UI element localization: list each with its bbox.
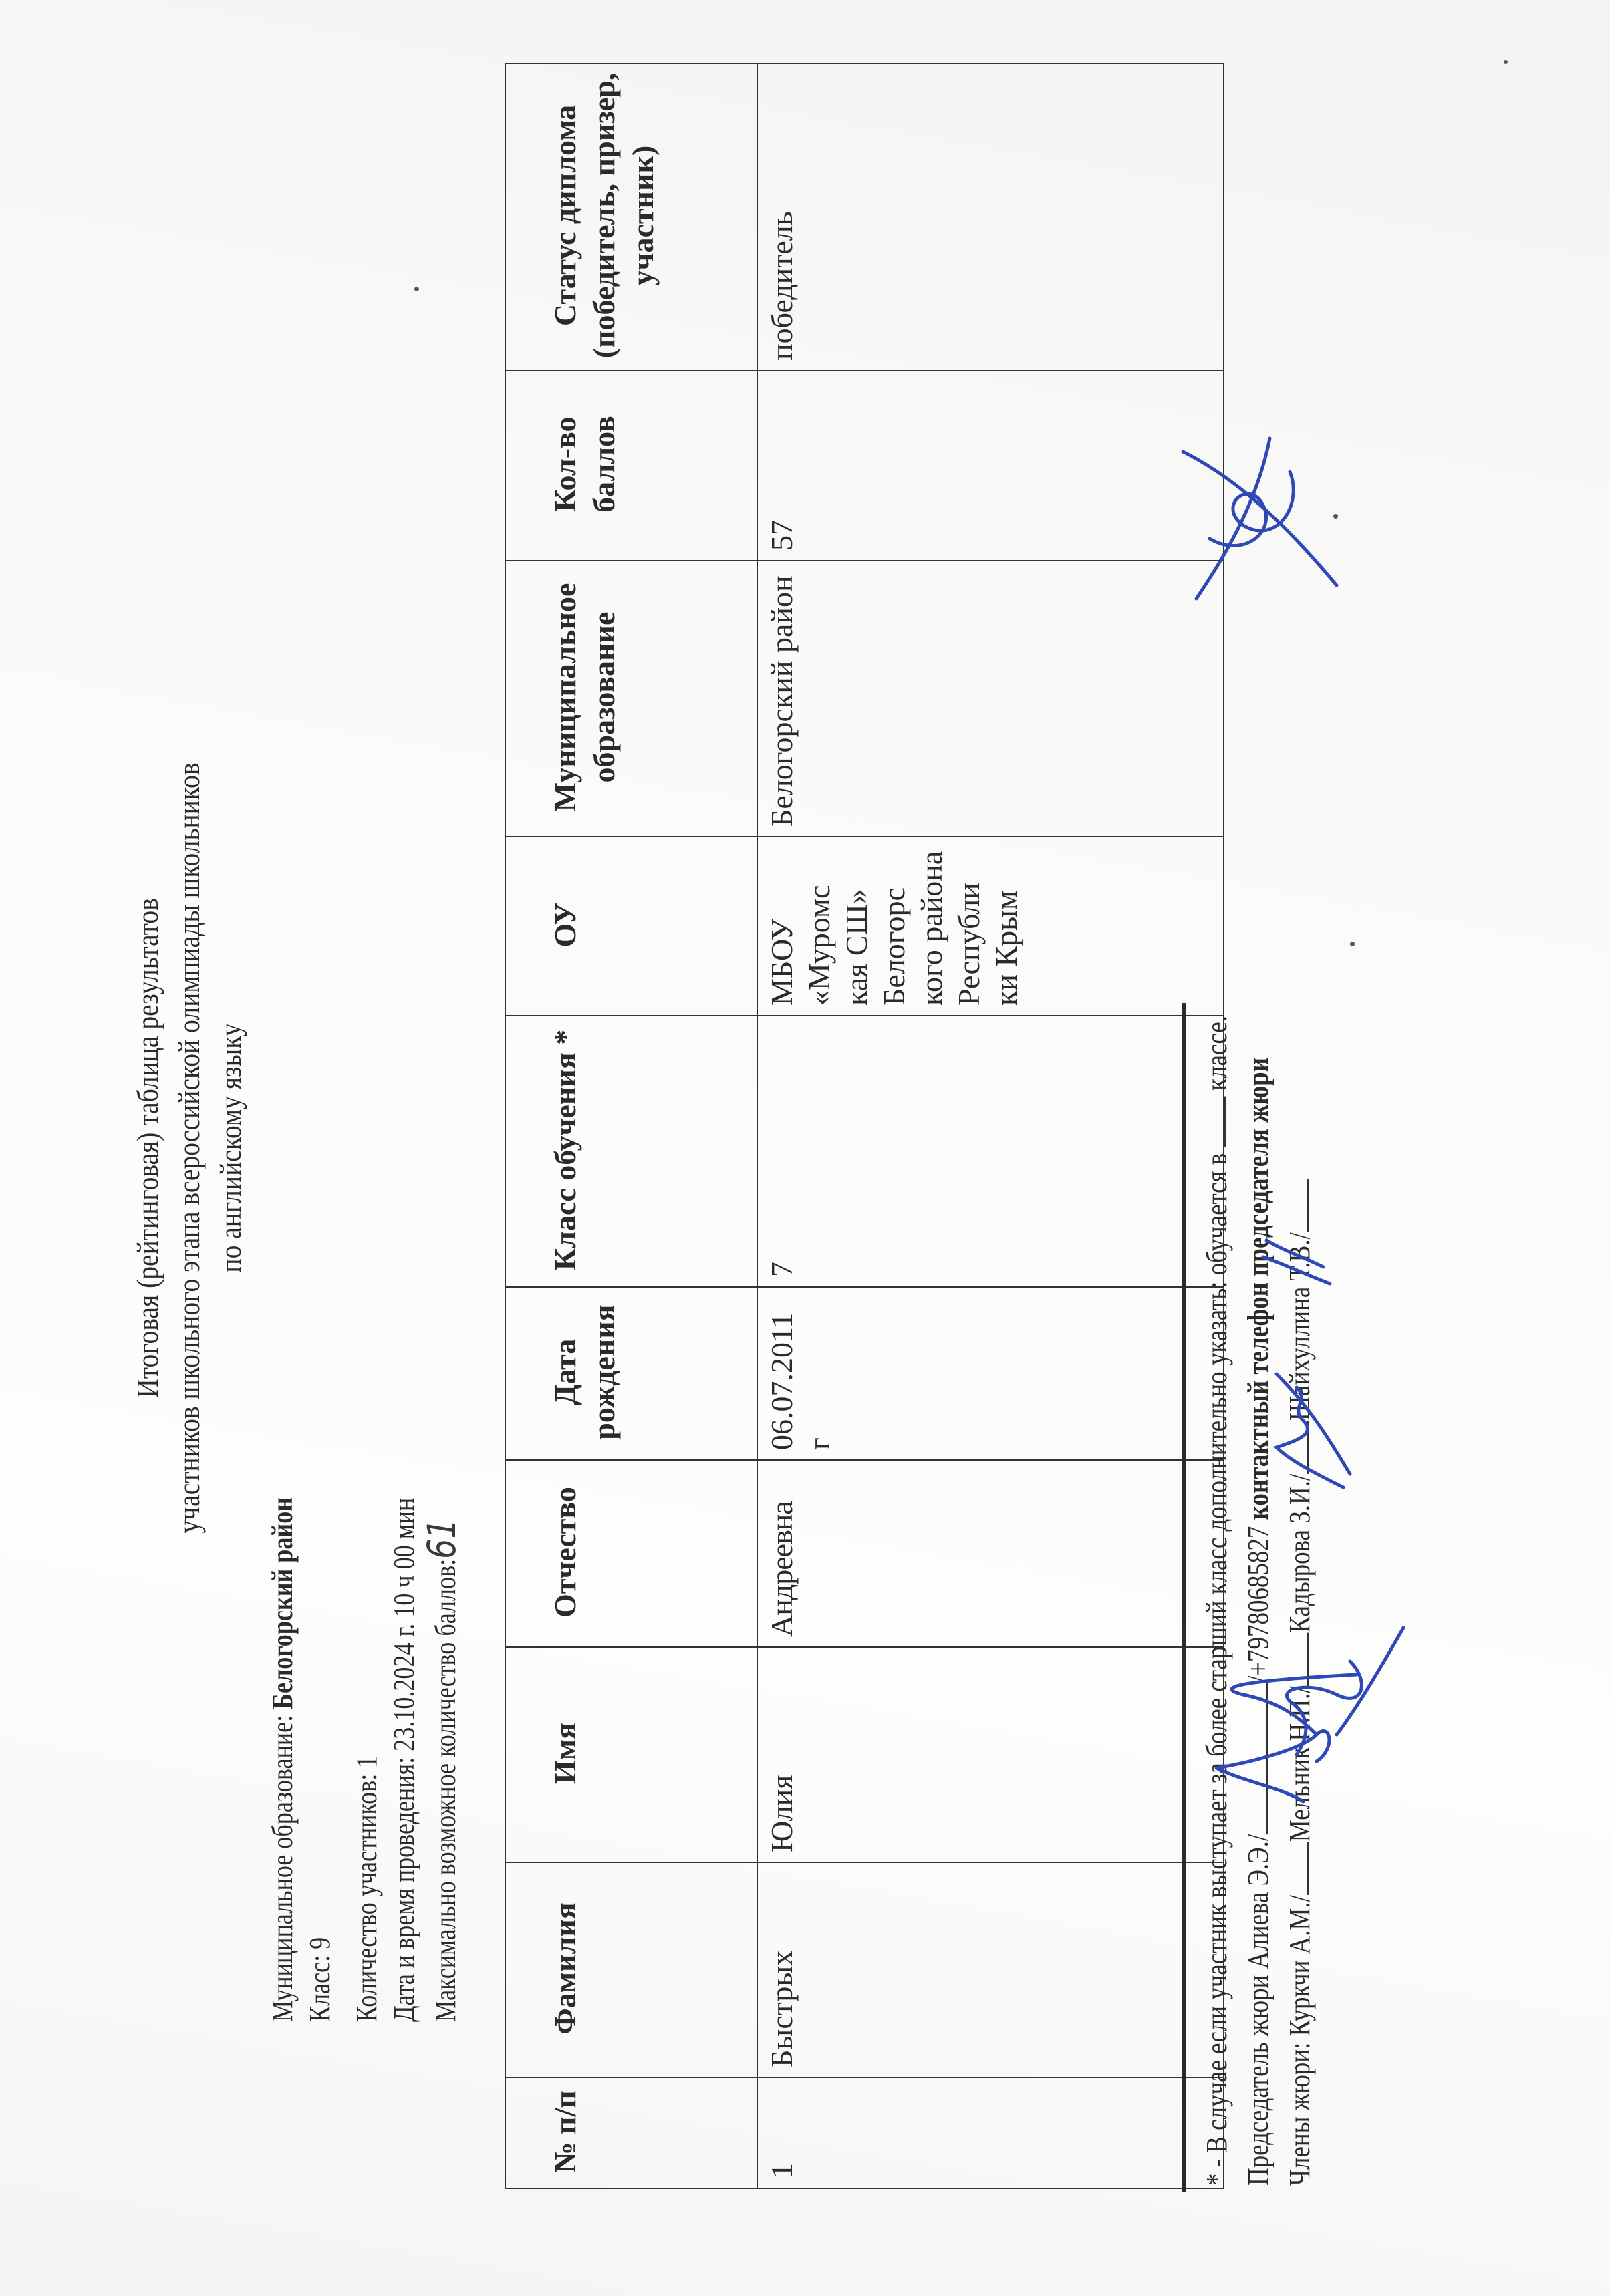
municipality-label: Муниципальное образование: xyxy=(266,1709,299,2022)
document-title: Итоговая (рейтинговая) таблица результат… xyxy=(127,161,251,2136)
chair-label: Председатель жюри Алиева Э.Э./ xyxy=(1242,1834,1274,2186)
grade-line: Класс: 9 xyxy=(301,1497,339,2022)
cell-number: 1 xyxy=(757,2077,1224,2188)
member-signature-line-3 xyxy=(1285,1421,1309,1474)
participants-label: Количество участников: xyxy=(350,1768,383,2022)
header-name: Имя xyxy=(505,1647,757,1862)
datetime-line: Дата и время проведения: 23.10.2024 г. 1… xyxy=(386,1497,423,2022)
member-signature-line-2 xyxy=(1285,1633,1309,1687)
header-number: № п/п xyxy=(505,2077,757,2188)
cell-municipality: Белогорский район xyxy=(757,561,1224,837)
header-score: Кол-во баллов xyxy=(505,370,757,561)
members-line: Члены жюри: Куркчи А.М./Мельник Н.П./Кад… xyxy=(1279,1016,1321,2186)
document-page: Итоговая (рейтинговая) таблица результат… xyxy=(0,0,1610,2296)
header-study-grade: Класс обучения * xyxy=(505,1016,757,1287)
cell-status: победитель xyxy=(757,63,1224,370)
cell-study-grade: 7 xyxy=(757,1016,1224,1287)
footer-divider xyxy=(1182,1003,1186,2192)
max-score-label: Максимально возможное количество баллов: xyxy=(429,1559,462,2022)
scan-speck xyxy=(1504,60,1508,64)
scan-speck xyxy=(1350,942,1355,946)
municipality-line: Муниципальное образование: Белогорский р… xyxy=(264,1497,301,2022)
chair-signature-line xyxy=(1243,1683,1268,1834)
header-patronymic: Отчество xyxy=(505,1460,757,1647)
footnote-suffix: классе. xyxy=(1200,1016,1233,1097)
participants-line: Количество участников: 1 xyxy=(348,1497,386,2022)
header-municipality: Муниципальное образование xyxy=(505,561,757,837)
chair-phone-caption: контактный телефон председателя жюри xyxy=(1242,1058,1274,1520)
member-1: Мельник Н.П./ xyxy=(1283,1686,1316,1842)
max-score-handwritten-value: 61 xyxy=(419,1518,464,1559)
cell-score: 57 xyxy=(757,370,1224,561)
datetime-value: 23.10.2024 г. 10 ч 00 мин xyxy=(388,1498,420,1751)
cell-name: Юлия xyxy=(757,1647,1224,1862)
footnote-blank xyxy=(1202,1097,1226,1147)
cell-patronymic: Андреевна xyxy=(757,1460,1224,1647)
footnote-prefix: * - В случае если участник выступает за … xyxy=(1200,1147,1233,2186)
chair-phone: /+79780685827 xyxy=(1242,1520,1274,1683)
datetime-label: Дата и время проведения: xyxy=(388,1751,420,2022)
footnote: * - В случае если участник выступает за … xyxy=(1196,1016,1238,2186)
member-3: Шайхуллина Т.В./ xyxy=(1283,1232,1316,1421)
cell-school: МБОУ «Муромс кая СШ» Белогорс кого район… xyxy=(757,837,1224,1016)
title-line-1: Итоговая (рейтинговая) таблица результат… xyxy=(127,161,168,2136)
header-surname: Фамилия xyxy=(505,1862,757,2077)
title-line-3: по английскому языку xyxy=(210,161,251,2136)
header-birth-date: Дата рождения xyxy=(505,1287,757,1460)
results-table: № п/п Фамилия Имя Отчество Дата рождения… xyxy=(505,63,1224,2189)
scan-speck xyxy=(414,287,419,291)
table-header-row: № п/п Фамилия Имя Отчество Дата рождения… xyxy=(505,63,757,2188)
member-signature-line-4 xyxy=(1285,1179,1309,1232)
info-block: Муниципальное образование: Белогорский р… xyxy=(264,1497,464,2022)
scan-speck xyxy=(1333,514,1338,519)
municipality-value: Белогорский район xyxy=(266,1497,299,1709)
max-score-line: Максимально возможное количество баллов:… xyxy=(423,1497,464,2022)
table-row: 1 Быстрых Юлия Андреевна 06.07.2011 г 7 … xyxy=(757,63,1224,2188)
footer: * - В случае если участник выступает за … xyxy=(1196,1016,1321,2186)
header-school: ОУ xyxy=(505,837,757,1016)
grade-value: 9 xyxy=(303,1937,336,1949)
cell-birth-date: 06.07.2011 г xyxy=(757,1287,1224,1460)
title-line-2: участников школьного этапа всероссийской… xyxy=(168,161,210,2136)
participants-value: 1 xyxy=(350,1756,383,1768)
members-label: Члены жюри: Куркчи А.М./ xyxy=(1283,1895,1316,2186)
header-status: Статус диплома (победитель, призер, учас… xyxy=(505,63,757,370)
cell-surname: Быстрых xyxy=(757,1862,1224,2077)
member-signature-line-1 xyxy=(1285,1842,1309,1895)
member-2: Кадырова З.И./ xyxy=(1283,1474,1316,1633)
chair-line: Председатель жюри Алиева Э.Э.//+79780685… xyxy=(1238,1016,1279,2186)
grade-label: Класс: xyxy=(303,1949,336,2022)
